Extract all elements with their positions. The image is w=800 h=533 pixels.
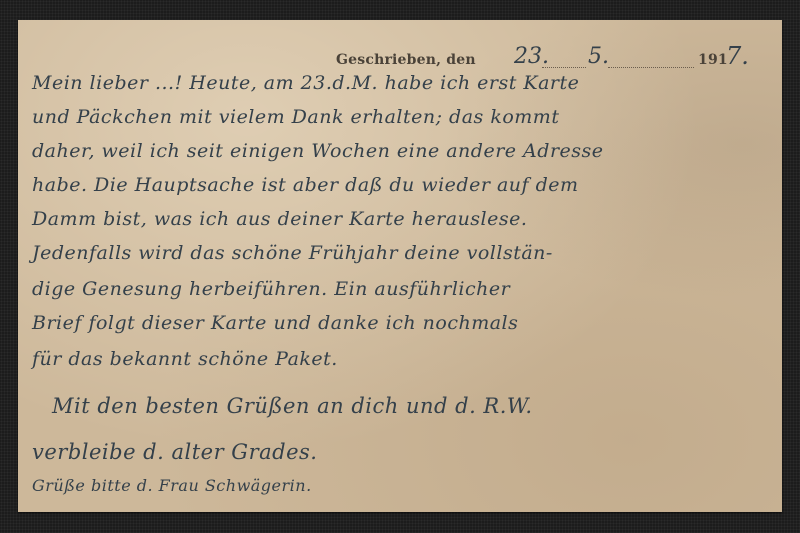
letter-line: und Päckchen mit vielem Dank erhalten; d… xyxy=(32,106,559,128)
letter-line: daher, weil ich seit einigen Wochen eine… xyxy=(32,140,604,162)
letter-line: dige Genesung herbeiführen. Ein ausführl… xyxy=(32,278,510,300)
handwritten-month: 5. xyxy=(588,44,609,69)
letter-line: Jedenfalls wird das schöne Frühjahr dein… xyxy=(32,242,553,264)
handwritten-year-digit: 7. xyxy=(726,42,749,70)
letter-line: habe. Die Hauptsache ist aber daß du wie… xyxy=(32,174,579,196)
dotted-line xyxy=(608,67,694,68)
printed-date-label: Geschrieben, den xyxy=(336,52,476,68)
handwritten-day: 23. xyxy=(514,44,549,69)
dotted-line xyxy=(542,67,586,68)
printed-year-prefix: 191 xyxy=(698,52,728,68)
signature-line: verbleibe d. alter Grades. xyxy=(32,440,317,464)
letter-line: Mein lieber ...! Heute, am 23.d.M. habe … xyxy=(32,72,579,94)
letter-line: Damm bist, was ich aus deiner Karte hera… xyxy=(32,208,527,230)
letter-line: Brief folgt dieser Karte und danke ich n… xyxy=(32,312,518,334)
closing-greeting-line: Mit den besten Grüßen an dich und d. R.W… xyxy=(52,394,533,418)
date-line: Geschrieben, den 23. 5. 191 7. xyxy=(336,44,772,72)
letter-line: für das bekannt schöne Paket. xyxy=(32,348,338,370)
postcard: Geschrieben, den 23. 5. 191 7. Mein lieb… xyxy=(18,20,782,512)
postscript-line: Grüße bitte d. Frau Schwägerin. xyxy=(32,476,312,495)
